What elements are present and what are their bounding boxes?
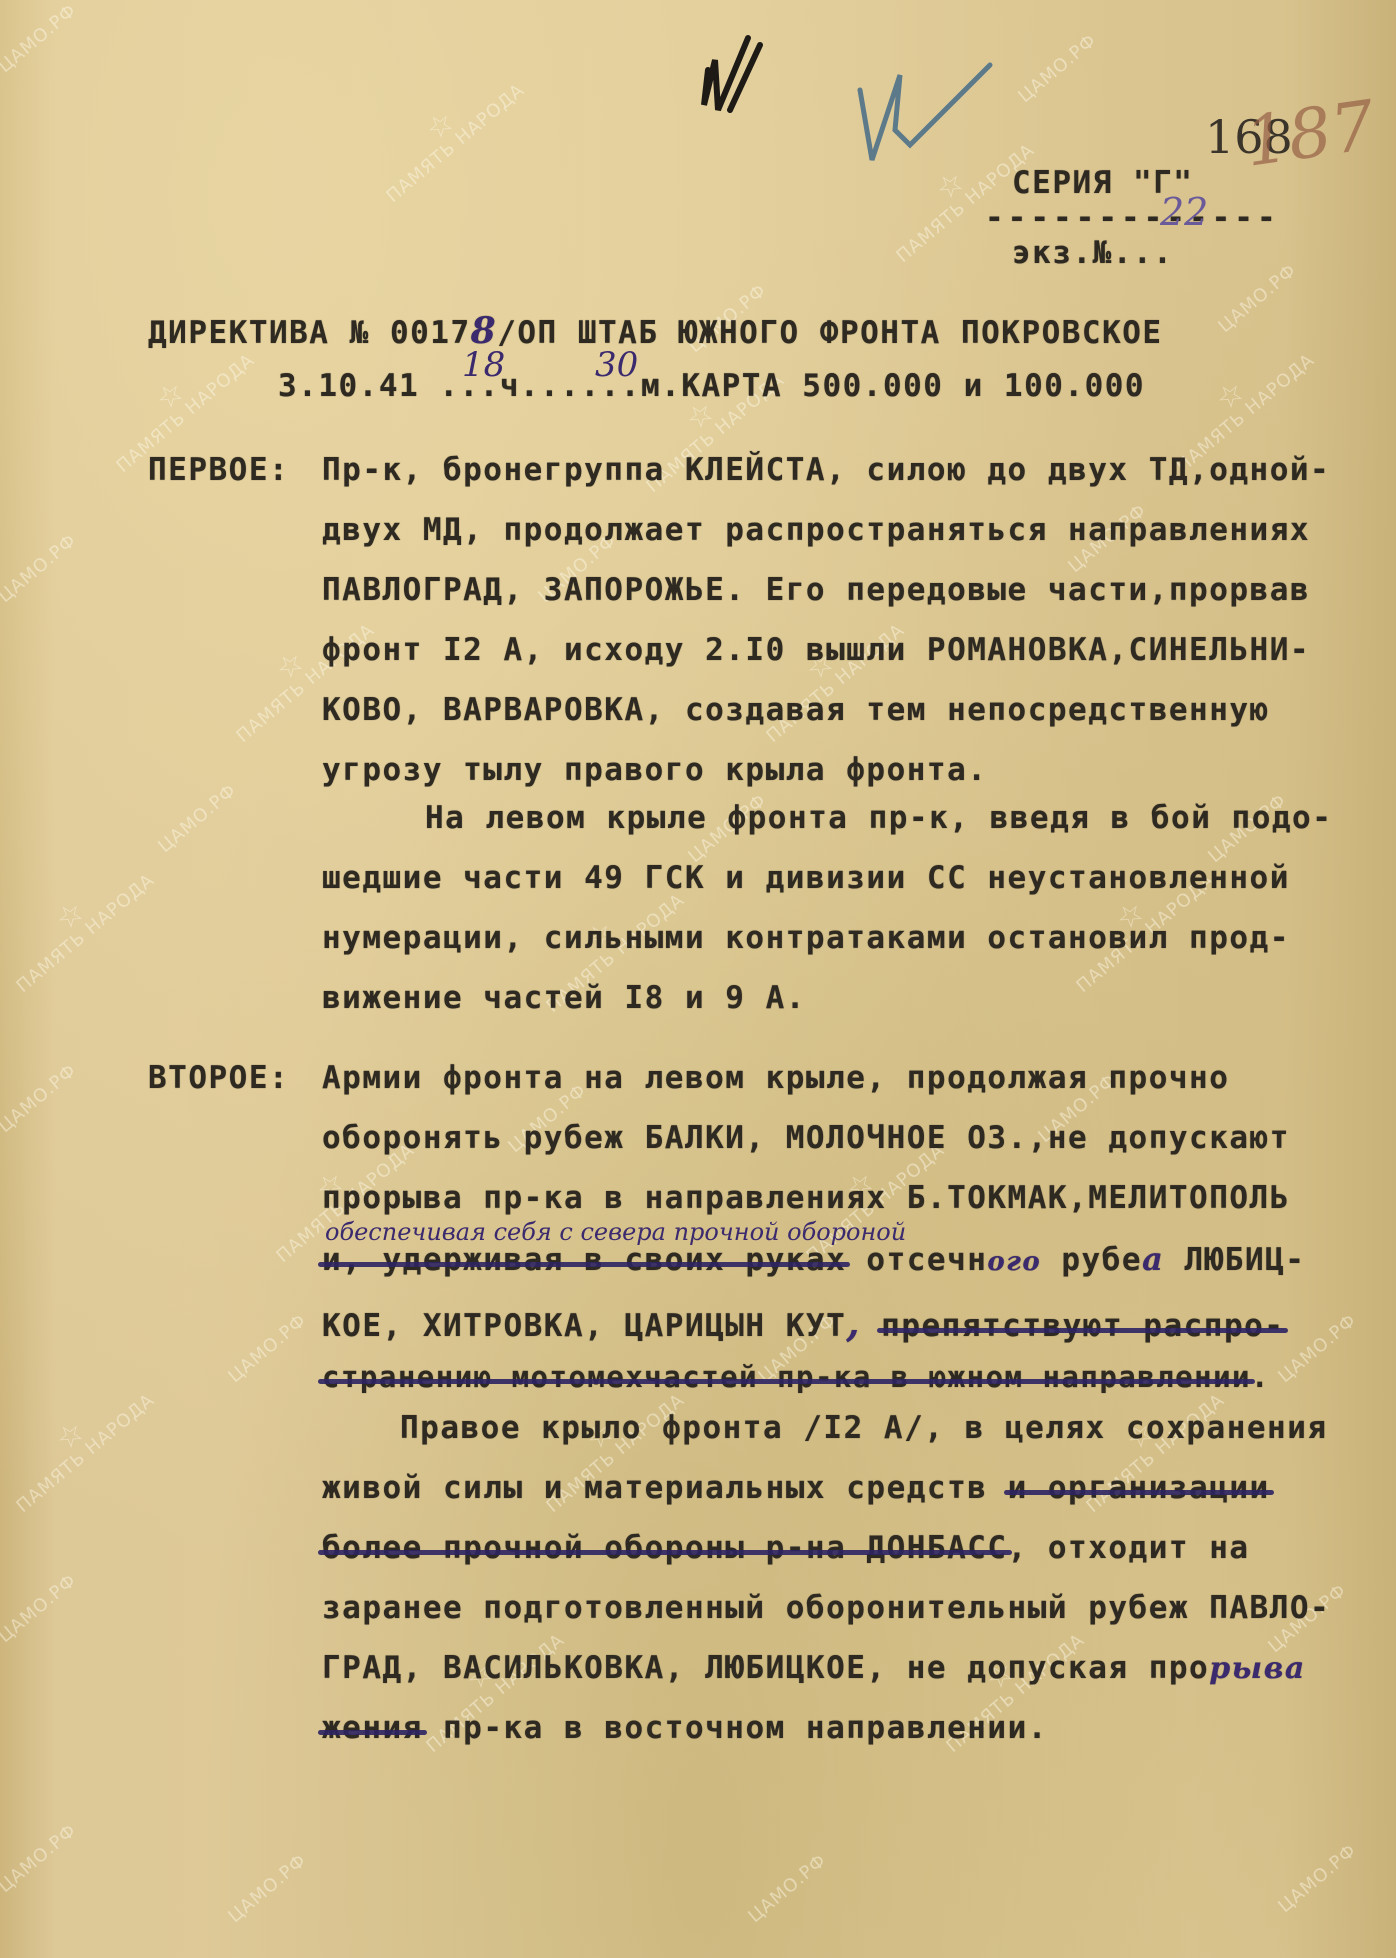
watermark-camo: ЦАМО.РФ (1276, 1311, 1360, 1385)
section-second-edited-line: и, удерживая в своих руках отсечного руб… (322, 1240, 1305, 1278)
section-first-line: КОВО, ВАРВАРОВКА, создавая тем непосредс… (322, 692, 1270, 728)
copy-number-handwritten: 22 (1160, 190, 1208, 234)
watermark-camo: ЦАМО.РФ (1276, 1841, 1360, 1915)
watermark-camo: ЦАМО.РФ (156, 781, 240, 855)
section-first-line: двух МД, продолжает распространяться нап… (322, 512, 1310, 548)
archival-document-page: ЦАМО.РФ ☆ПАМЯТЬ НАРОДА ☆ПАМЯТЬ НАРОДА ЦА… (0, 0, 1396, 1958)
struck-text: препятствуют распро- (881, 1308, 1284, 1344)
watermark-camo: ЦАМО.РФ (226, 1851, 310, 1925)
directive-title: ДИРЕКТИВА № 00178/ОП ШТАБ ЮЖНОГО ФРОНТА … (148, 310, 1163, 352)
section-first-line: фронт I2 А, исходу 2.I0 вышли РОМАНОВКА,… (322, 632, 1310, 668)
section-second-line: Армии фронта на левом крыле, продолжая п… (322, 1060, 1229, 1096)
section-first-para2-line: шедшие части 49 ГСК и дивизии СС неустан… (322, 860, 1290, 896)
section-second-line: оборонять рубеж БАЛКИ, МОЛОЧНОЕ ОЗ.,не д… (322, 1120, 1290, 1156)
watermark-camo: ЦАМО.РФ (0, 1571, 79, 1645)
watermark-camo: ЦАМО.РФ (0, 1061, 79, 1135)
struck-text: странению мотомехчастей пр-ка в южном на… (322, 1360, 1251, 1394)
copy-number-label: экз.№... (1012, 235, 1173, 271)
watermark-camo: ЦАМО.РФ (1016, 31, 1100, 105)
watermark-camo: ЦАМО.РФ (746, 1851, 830, 1925)
section-second-para2-line: ГРАД, ВАСИЛЬКОВКА, ЛЮБИЦКОЕ, не допуская… (322, 1650, 1306, 1686)
section-second-label: ВТОРОЕ: (148, 1060, 289, 1096)
hour-handwritten: 18 (462, 345, 505, 385)
directive-date-line: 3.10.41 ...ч......м.КАРТА 500.000 и 100.… (278, 368, 1145, 404)
folio-number-handwritten: 187 (1240, 86, 1380, 182)
watermark-camo: ЦАМО.РФ (226, 1311, 310, 1385)
section-second-para2-line: заранее подготовленный оборонительный ру… (322, 1590, 1330, 1626)
series-rule: ------------- (985, 200, 1280, 236)
watermark-pamyat-naroda: ☆ПАМЯТЬ НАРОДА (0, 1370, 157, 1516)
watermark-camo: ЦАМО.РФ (0, 1821, 79, 1895)
struck-text: более прочной обороны р-на ДОНБАСС (322, 1530, 1008, 1566)
watermark-pamyat-naroda: ☆ПАМЯТЬ НАРОДА (0, 850, 157, 996)
section-first-para2-line: вижение частей I8 и 9 А. (322, 980, 806, 1016)
section-second-para2-line: жения пр-ка в восточном направлении. (322, 1710, 1048, 1746)
section-second-para2-line: более прочной обороны р-на ДОНБАСС, отхо… (322, 1530, 1250, 1566)
watermark-pamyat-naroda: ☆ПАМЯТЬ НАРОДА (366, 60, 528, 206)
minute-handwritten: 30 (595, 345, 638, 385)
struck-text: жения (322, 1710, 423, 1746)
section-first-para2-line: нумерации, сильными контратаками останов… (322, 920, 1290, 956)
watermark-camo: ЦАМО.РФ (0, 531, 79, 605)
section-second-para2-line: живой силы и материальных средств и орга… (322, 1470, 1270, 1506)
watermark-camo: ЦАМО.РФ (0, 1, 79, 75)
section-second-struck-line: странению мотомехчастей пр-ка в южном на… (322, 1360, 1270, 1394)
section-first-line: ПАВЛОГРАД, ЗАПОРОЖЬЕ. Его передовые част… (322, 572, 1310, 608)
watermark-camo: ЦАМО.РФ (1216, 261, 1300, 335)
section-first-line: Пр-к, бронегруппа КЛЕЙСТА, силою до двух… (322, 452, 1330, 488)
struck-text: и, удерживая в своих руках (322, 1242, 846, 1278)
section-second-edited-line: КОЕ, ХИТРОВКА, ЦАРИЦЫН КУТ, препятствуют… (322, 1300, 1284, 1345)
section-first-para2-line: На левом крыле фронта пр-к, введя в бой … (425, 800, 1332, 836)
struck-text: и организации (1008, 1470, 1270, 1506)
black-check-mark-icon (700, 30, 810, 130)
blue-check-mark-icon (850, 50, 1010, 170)
section-second-line: прорыва пр-ка в направлениях Б.ТОКМАК,МЕ… (322, 1180, 1290, 1216)
section-second-para2-line: Правое крыло фронта /I2 А/, в целях сохр… (400, 1410, 1328, 1446)
handwritten-correction: рыва (1209, 1651, 1306, 1686)
section-first-line: угрозу тылу правого крыла фронта. (322, 752, 987, 788)
handwritten-comma: , (846, 1300, 861, 1345)
handwritten-correction: а (1142, 1240, 1164, 1278)
section-first-label: ПЕРВОЕ: (148, 452, 289, 488)
handwritten-correction: ого (987, 1247, 1041, 1277)
